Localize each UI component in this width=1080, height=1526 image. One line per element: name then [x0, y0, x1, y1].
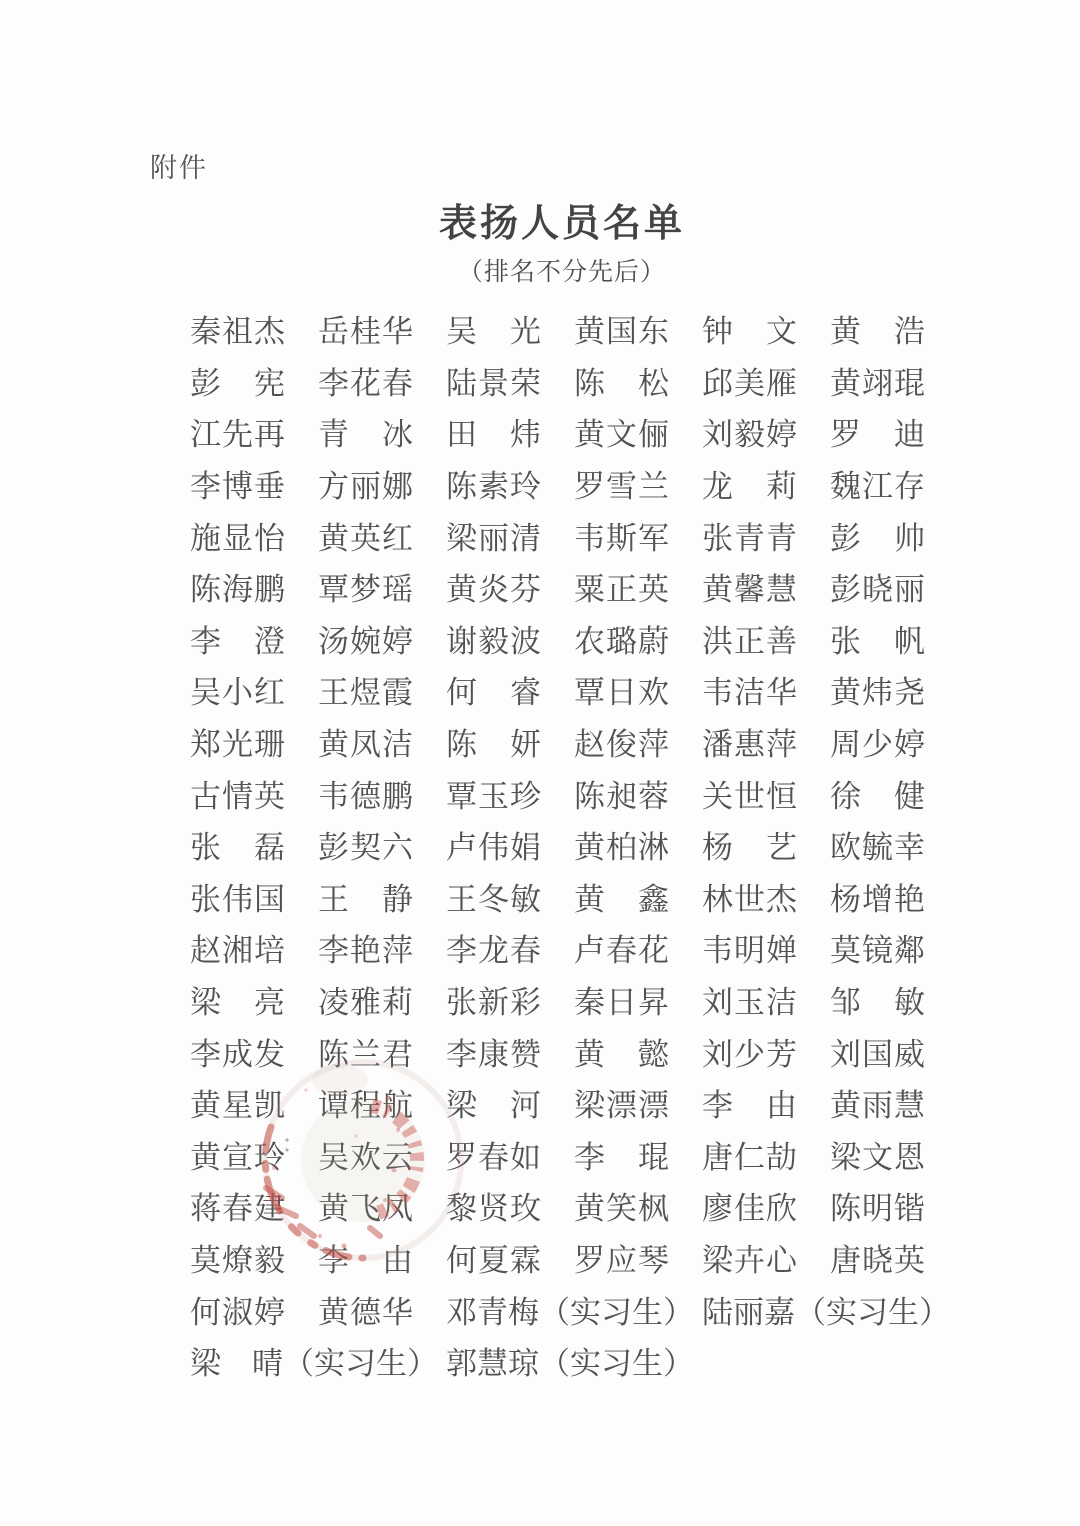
name-cell: 梁文恩	[830, 1132, 930, 1177]
name-cell: 刘少芳	[702, 1029, 802, 1074]
name-cell: 秦祖杰	[190, 306, 290, 351]
name-cell: 覃梦瑶	[318, 564, 418, 609]
name-cell: 古情英	[190, 771, 290, 816]
name-cell: 王 静	[318, 874, 418, 919]
name-cell: 卢春花	[574, 925, 674, 970]
name-cell: 罗雪兰	[574, 461, 674, 506]
name-cell: 郑光珊	[190, 719, 290, 764]
name-cell: 黎贤玫	[446, 1183, 546, 1228]
name-cell: 陈 妍	[446, 719, 546, 764]
name-cell: 黄炎芬	[446, 564, 546, 609]
name-cell: 农璐蔚	[574, 616, 674, 661]
name-cell: 彭 宪	[190, 358, 290, 403]
name-cell: 李 由	[318, 1235, 418, 1280]
name-cell: 赵湘培	[190, 925, 290, 970]
name-cell: 李成发	[190, 1029, 290, 1074]
name-cell: 潘惠萍	[702, 719, 802, 764]
name-cell: 韦德鹏	[318, 771, 418, 816]
name-cell: 谢毅波	[446, 616, 546, 661]
name-cell: 黄星凯	[190, 1080, 290, 1125]
name-cell: 张青青	[702, 513, 802, 558]
name-cell: 洪正善	[702, 616, 802, 661]
name-cell: 黄德华	[318, 1287, 418, 1332]
name-cell: 刘玉洁	[702, 977, 802, 1022]
name-cell: 刘国威	[830, 1029, 930, 1074]
name-cell: 陆丽嘉（实习生）	[702, 1287, 930, 1332]
name-cell: 谭程航	[318, 1080, 418, 1125]
page-title: 表扬人员名单	[190, 192, 934, 247]
name-cell: 李康赞	[446, 1029, 546, 1074]
name-cell: 施显怡	[190, 513, 290, 558]
name-cell: 杨 艺	[702, 822, 802, 867]
name-cell: 罗应琴	[574, 1235, 674, 1280]
name-grid: 秦祖杰岳桂华吴 光黄国东钟 文黄 浩彭 宪李花春陆景荣陈 松邱美雁黄翊琨江先再青…	[190, 303, 930, 1386]
name-cell: 罗春如	[446, 1132, 546, 1177]
name-cell: 覃玉珍	[446, 771, 546, 816]
name-cell: 黄英红	[318, 513, 418, 558]
name-cell: 梁 河	[446, 1080, 546, 1125]
name-cell: 梁 亮	[190, 977, 290, 1022]
name-cell: 李 琨	[574, 1132, 674, 1177]
name-cell: 邱美雁	[702, 358, 802, 403]
name-cell: 粟正英	[574, 564, 674, 609]
name-cell: 黄国东	[574, 306, 674, 351]
name-cell: 张新彩	[446, 977, 546, 1022]
name-cell: 陈昶蓉	[574, 771, 674, 816]
name-cell: 汤婉婷	[318, 616, 418, 661]
name-cell: 李艳萍	[318, 925, 418, 970]
name-cell: 覃日欢	[574, 667, 674, 712]
name-cell: 陈明锴	[830, 1183, 930, 1228]
name-cell: 黄雨慧	[830, 1080, 930, 1125]
name-cell: 陈海鹏	[190, 564, 290, 609]
name-cell: 青 冰	[318, 409, 418, 454]
name-cell: 莫镜鄰	[830, 925, 930, 970]
name-cell: 陈素玲	[446, 461, 546, 506]
name-cell: 欧毓幸	[830, 822, 930, 867]
name-cell: 钟 文	[702, 306, 802, 351]
name-cell: 张 磊	[190, 822, 290, 867]
name-cell: 徐 健	[830, 771, 930, 816]
name-cell: 梁卉心	[702, 1235, 802, 1280]
name-cell: 何淑婷	[190, 1287, 290, 1332]
name-cell: 彭契六	[318, 822, 418, 867]
name-cell: 魏江存	[830, 461, 930, 506]
name-cell: 黄翊琨	[830, 358, 930, 403]
name-cell: 黄 懿	[574, 1029, 674, 1074]
name-cell: 唐晓英	[830, 1235, 930, 1280]
name-cell: 彭晓丽	[830, 564, 930, 609]
name-cell: 梁 晴（实习生）	[190, 1338, 418, 1383]
name-cell: 郭慧琼（实习生）	[446, 1338, 674, 1383]
name-cell: 黄文俪	[574, 409, 674, 454]
document-page: 附件 表扬人员名单 （排名不分先后） 秦祖杰岳桂华吴 光黄国东钟 文黄 浩彭 宪…	[0, 0, 1080, 1526]
name-cell: 李花春	[318, 358, 418, 403]
name-cell: 赵俊萍	[574, 719, 674, 764]
name-cell: 陈 松	[574, 358, 674, 403]
name-cell: 杨增艳	[830, 874, 930, 919]
name-cell: 方丽娜	[318, 461, 418, 506]
name-cell: 卢伟娟	[446, 822, 546, 867]
name-cell: 陈兰君	[318, 1029, 418, 1074]
name-cell: 黄炜尧	[830, 667, 930, 712]
name-cell: 周少婷	[830, 719, 930, 764]
name-cell: 廖佳欣	[702, 1183, 802, 1228]
name-cell: 梁丽清	[446, 513, 546, 558]
name-cell: 蒋春建	[190, 1183, 290, 1228]
name-cell: 韦洁华	[702, 667, 802, 712]
page-subtitle: （排名不分先后）	[190, 252, 934, 288]
name-cell: 吴小红	[190, 667, 290, 712]
name-cell: 张 帆	[830, 616, 930, 661]
name-cell: 李龙春	[446, 925, 546, 970]
name-cell: 何 睿	[446, 667, 546, 712]
name-cell: 黄馨慧	[702, 564, 802, 609]
name-cell: 林世杰	[702, 874, 802, 919]
name-cell: 梁漂漂	[574, 1080, 674, 1125]
name-cell: 莫燎毅	[190, 1235, 290, 1280]
name-cell: 李 澄	[190, 616, 290, 661]
name-cell: 龙 莉	[702, 461, 802, 506]
name-cell: 吴欢云	[318, 1132, 418, 1177]
name-cell: 黄柏淋	[574, 822, 674, 867]
name-cell: 黄 浩	[830, 306, 930, 351]
name-cell: 唐仁劼	[702, 1132, 802, 1177]
name-cell: 王煜霞	[318, 667, 418, 712]
name-cell: 黄宣玲	[190, 1132, 290, 1177]
name-cell: 黄飞凤	[318, 1183, 418, 1228]
name-cell: 李博垂	[190, 461, 290, 506]
name-cell: 陆景荣	[446, 358, 546, 403]
name-cell: 罗 迪	[830, 409, 930, 454]
name-cell: 李 由	[702, 1080, 802, 1125]
name-cell: 岳桂华	[318, 306, 418, 351]
name-cell: 黄凤洁	[318, 719, 418, 764]
name-cell: 吴 光	[446, 306, 546, 351]
attachment-label: 附件	[150, 146, 208, 185]
name-cell: 王冬敏	[446, 874, 546, 919]
name-cell: 江先再	[190, 409, 290, 454]
name-cell: 黄笑枫	[574, 1183, 674, 1228]
name-cell: 秦日昇	[574, 977, 674, 1022]
name-cell: 韦斯军	[574, 513, 674, 558]
name-cell: 邓青梅（实习生）	[446, 1287, 674, 1332]
name-cell: 彭 帅	[830, 513, 930, 558]
name-cell: 张伟国	[190, 874, 290, 919]
name-cell: 黄 鑫	[574, 874, 674, 919]
name-cell: 凌雅莉	[318, 977, 418, 1022]
name-cell: 韦明婵	[702, 925, 802, 970]
name-cell: 田 炜	[446, 409, 546, 454]
name-cell: 邹 敏	[830, 977, 930, 1022]
name-cell: 关世恒	[702, 771, 802, 816]
name-cell: 何夏霖	[446, 1235, 546, 1280]
name-cell: 刘毅婷	[702, 409, 802, 454]
